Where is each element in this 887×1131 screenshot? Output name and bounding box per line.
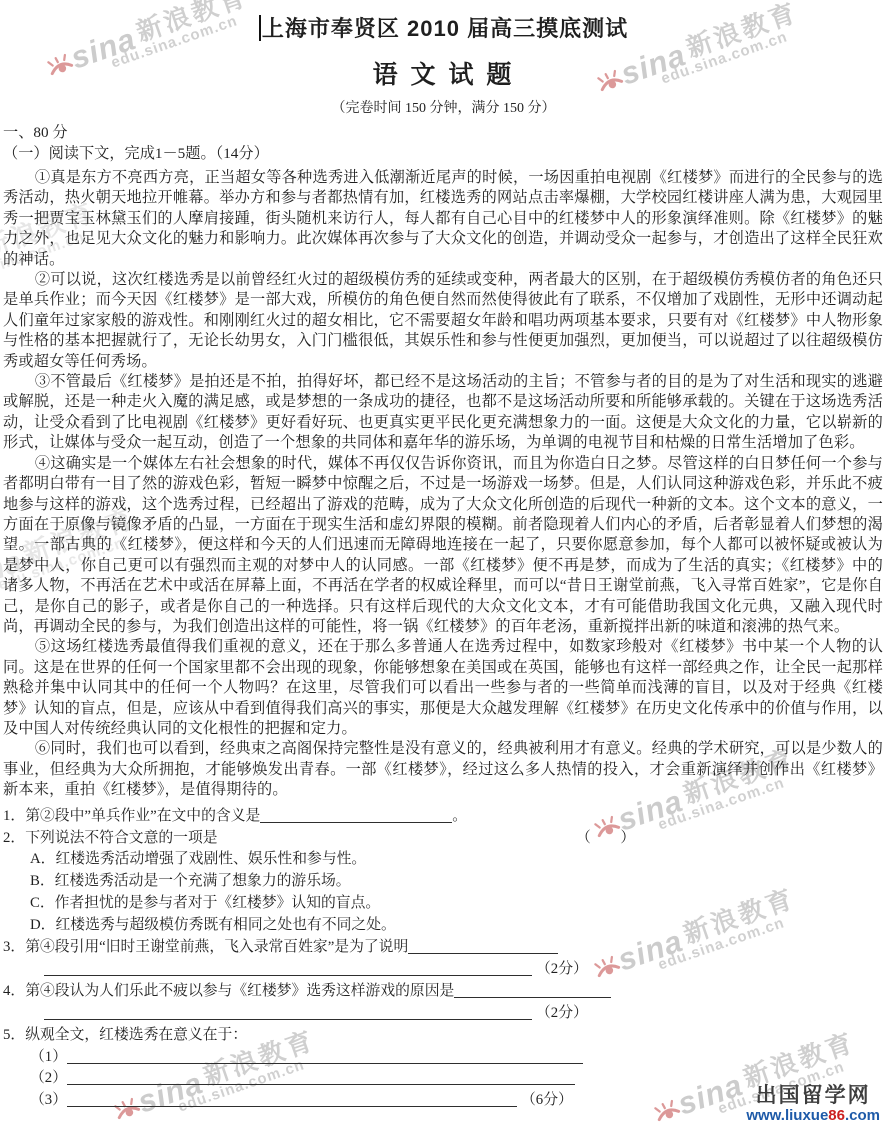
footer-site-name: 出国留学网 bbox=[746, 1084, 880, 1107]
reading-paragraph-1: ①真是东方不亮西方亮，正当超女等各种选秀进入低潮渐近尾声的时候，一场因重拍电视剧… bbox=[3, 168, 883, 270]
answer-bracket: （ ） bbox=[576, 828, 635, 850]
paper-header: 上海市奉贤区 2010 届高三摸底测试 语 文 试 题 （完卷时间 150 分钟… bbox=[0, 14, 887, 118]
text-cursor-artifact bbox=[259, 15, 261, 41]
answer-blank bbox=[408, 940, 558, 954]
answer-blank bbox=[454, 984, 611, 998]
question-3-score: （2分） bbox=[536, 961, 588, 977]
answer-blank bbox=[67, 1071, 575, 1085]
questions-section: 1．第②段中”单兵作业”在文中的含义是。 2．下列说法不符合文意的一项是（ ） … bbox=[3, 806, 883, 1113]
url-suffix: .com bbox=[845, 1107, 880, 1124]
question-4-continued: （2分） bbox=[3, 1003, 883, 1025]
subject-title: 语 文 试 题 bbox=[0, 60, 887, 90]
item-label: （2） bbox=[30, 1070, 67, 1086]
answer-blank bbox=[44, 1006, 532, 1020]
question-1-period: 。 bbox=[452, 808, 467, 824]
answer-blank bbox=[44, 962, 532, 976]
reading-paragraph-5: ⑤这场红楼选秀最值得我们重视的意义，还在于那么多普通人在选秀过程中，如数家珍般对… bbox=[3, 637, 883, 739]
question-5-score: （6分） bbox=[521, 1092, 573, 1108]
question-2-option-b: B．红楼选秀活动是一个充满了想象力的游乐场。 bbox=[3, 871, 883, 893]
footer-site-url: www.liuxue86.com bbox=[746, 1107, 880, 1124]
reading-passage: ①真是东方不亮西方亮，正当超女等各种选秀进入低潮渐近尾声的时候，一场因重拍电视剧… bbox=[3, 168, 883, 801]
answer-blank bbox=[67, 1050, 583, 1064]
item-label: （1） bbox=[30, 1049, 67, 1065]
reading-paragraph-3: ③不管最后《红楼梦》是拍还是不拍，拍得好坏，都已经不是这场活动的主旨；不管参与者… bbox=[3, 372, 883, 454]
exam-title-line: 上海市奉贤区 2010 届高三摸底测试 bbox=[0, 14, 887, 44]
question-1: 1．第②段中”单兵作业”在文中的含义是。 bbox=[3, 806, 883, 828]
question-3-continued: （2分） bbox=[3, 959, 883, 981]
footer-site-logo: 出国留学网 www.liuxue86.com bbox=[746, 1084, 880, 1124]
paper-content: 一、80 分 （一）阅读下文，完成1－5题。（14分） ①真是东方不亮西方亮，正… bbox=[3, 122, 883, 1112]
question-3-text: 3．第④段引用“旧时王谢堂前燕，飞入录常百姓家”是为了说明 bbox=[3, 939, 408, 955]
reading-paragraph-6: ⑥同时，我们也可以看到，经典束之高阁保持完整性是没有意义的，经典被利用才有意义。… bbox=[3, 739, 883, 800]
answer-blank bbox=[67, 1093, 517, 1107]
part-heading: 一、80 分 bbox=[3, 122, 883, 143]
exam-meta: （完卷时间 150 分钟，满分 150 分） bbox=[0, 100, 887, 118]
question-2-text: 2．下列说法不符合文意的一项是 bbox=[3, 830, 218, 846]
answer-blank bbox=[260, 809, 452, 823]
exam-title: 上海市奉贤区 2010 届高三摸底测试 bbox=[262, 16, 628, 41]
question-1-text: 1．第②段中”单兵作业”在文中的含义是 bbox=[3, 808, 260, 824]
url-number: 86 bbox=[828, 1107, 845, 1124]
question-5-item-1: （1） bbox=[3, 1047, 883, 1069]
question-2: 2．下列说法不符合文意的一项是（ ） bbox=[3, 828, 883, 850]
question-4-text: 4．第④段认为人们乐此不疲以参与《红楼梦》选秀这样游戏的原因是 bbox=[3, 983, 454, 999]
question-2-option-c: C．作者担忧的是参与者对于《红楼梦》认知的盲点。 bbox=[3, 893, 883, 915]
item-label: （3） bbox=[30, 1092, 67, 1108]
question-4-score: （2分） bbox=[536, 1005, 588, 1021]
reading-paragraph-2: ②可以说，这次红楼选秀是以前曾经红火过的超级模仿秀的延续或变种，两者最大的区别，… bbox=[3, 270, 883, 372]
exam-paper-page: sina 新浪教育 edu.sina.com.cn sina 新浪教育 edu.… bbox=[0, 0, 887, 1131]
question-2-option-a: A．红楼选秀活动增强了戏剧性、娱乐性和参与性。 bbox=[3, 849, 883, 871]
question-2-option-d: D．红楼选秀与超级模仿秀既有相同之处也有不同之处。 bbox=[3, 915, 883, 937]
question-4: 4．第④段认为人们乐此不疲以参与《红楼梦》选秀这样游戏的原因是 bbox=[3, 981, 883, 1003]
question-3: 3．第④段引用“旧时王谢堂前燕，飞入录常百姓家”是为了说明 bbox=[3, 937, 883, 959]
url-prefix: www.liuxue bbox=[746, 1107, 828, 1124]
question-5: 5．纵观全文，红楼选秀在意义在于： bbox=[3, 1025, 883, 1047]
reading-paragraph-4: ④这确实是一个媒体左右社会想象的时代，媒体不再仅仅告诉你资讯，而且为你造白日之梦… bbox=[3, 454, 883, 638]
subsection-heading: （一）阅读下文，完成1－5题。（14分） bbox=[3, 143, 883, 164]
